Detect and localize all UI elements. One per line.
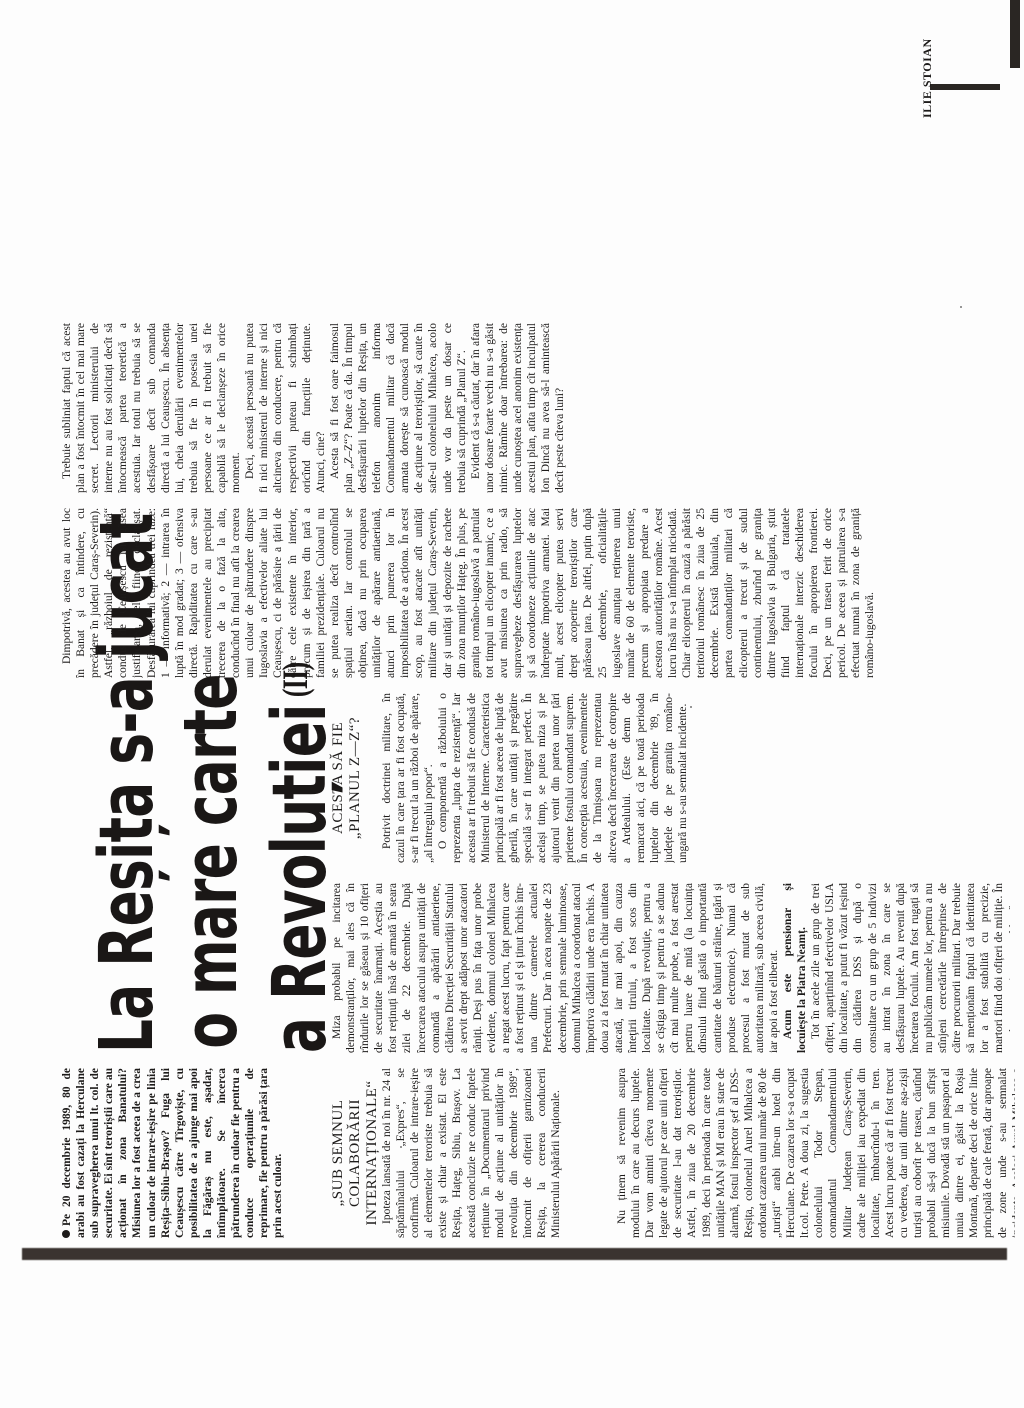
- article-column: Dimpotrivă, acestea au avut loc în Banat…: [60, 508, 1010, 678]
- paragraph: Tot în acele zile un grup de trei ofițer…: [809, 883, 1010, 1053]
- article-column: Trebuie subliniat faptul că acest plan a…: [60, 323, 1010, 493]
- bullet-icon: [62, 1230, 70, 1238]
- rotated-article-sheet: Pe 20 decembrie 1989, 80 de arabi au fos…: [0, 0, 1024, 1408]
- edge-rule: [1010, 0, 1020, 68]
- article-column: Ipoteza lansată de noi în nr. 24 al săpt…: [380, 1068, 563, 1238]
- paragraph: Ipoteza lansată de noi în nr. 24 al săpt…: [380, 1068, 563, 1238]
- paragraph: Nu ținem să revenim asupra modului în ca…: [615, 1068, 1015, 1238]
- paragraph: Acesta să fi fost oare faimosul plan „Z–…: [328, 323, 469, 493]
- paragraph: O componentă a războiului o reprezenta „…: [436, 693, 690, 863]
- section-heading-planul-zz: ACESTA SĂ FIE „PLANUL Z—Z“?: [330, 693, 364, 863]
- scanned-newspaper-page: Pe 20 decembrie 1989, 80 de arabi au fos…: [0, 0, 1024, 1408]
- paragraph: Miza probabil pe incitarea demonstranțil…: [330, 883, 781, 1053]
- column-rule-thick: [22, 1248, 1007, 1260]
- scan-speck: [400, 1146, 402, 1148]
- section-heading-colaborare: „SUB SEMNUL COLABORĂRII INTERNAȚIONALE“: [330, 1068, 381, 1238]
- article-column: Miza probabil pe incitarea demonstranțil…: [330, 883, 1010, 1053]
- author-byline: ILIE STOIAN: [920, 38, 935, 118]
- article-column: Potrivit doctrinei militare, în cazul în…: [380, 693, 1010, 863]
- paragraph: Trebuie subliniat faptul că acest plan a…: [60, 323, 243, 493]
- column-rule-right: [930, 84, 1000, 90]
- intro-text: Pe 20 decembrie 1989, 80 de arabi au fos…: [61, 1068, 284, 1238]
- paragraph: Acum este pensionar și locuiește la Piat…: [781, 883, 809, 1053]
- paragraph: Deci, această persoană nu putea fi nici …: [243, 323, 328, 493]
- paragraph: Dimpotrivă, acestea au avut loc în Banat…: [60, 508, 877, 678]
- paragraph: Potrivit doctrinei militare, în cazul în…: [380, 693, 436, 863]
- scan-speck: [690, 706, 692, 708]
- article-column: Nu ținem să revenim asupra modului în ca…: [615, 1068, 1015, 1238]
- scan-speck: [960, 306, 962, 308]
- intro-paragraph: Pe 20 decembrie 1989, 80 de arabi au fos…: [60, 1068, 286, 1238]
- paragraph: Evident că s-a căutat, dar în afara unor…: [469, 323, 568, 493]
